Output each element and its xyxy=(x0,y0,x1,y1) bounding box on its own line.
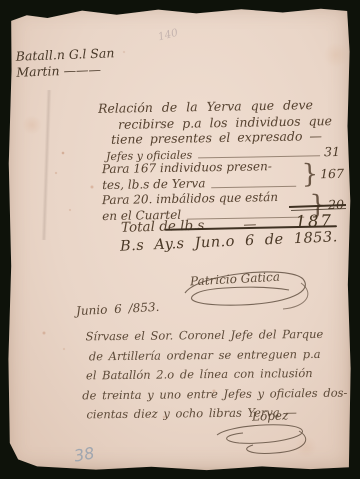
paper-crease xyxy=(41,90,51,240)
manuscript-paper-sheet: Batall.n G.l San Martin ——— 140 Relación… xyxy=(6,5,352,471)
ledger-row-jefes-amount: 31 xyxy=(324,144,340,159)
note-line2: de Artillería ordenar se entreguen p.a xyxy=(89,344,347,366)
note-line1: Sírvase el Sor. Coronel Jefe del Parque xyxy=(85,325,346,347)
ledger-individuos-line2: tes, lb.s de Yerva xyxy=(102,176,206,193)
total-amount: 187 xyxy=(295,211,333,231)
battalion-header: Batall.n G.l San Martin ——— xyxy=(15,45,115,80)
note-dateline: Junio 6 /853. xyxy=(76,300,160,318)
archive-pencil-number: 38 xyxy=(73,443,96,465)
header-line2: Martin ——— xyxy=(16,61,115,80)
total-dash: — xyxy=(243,217,256,232)
ledger-brace: } xyxy=(301,159,318,189)
order-note-paragraph: Sírvase el Sor. Coronel Jefe del Parque … xyxy=(85,325,347,425)
total-label: Total de lb.s xyxy=(121,218,205,236)
ink-rule-filler xyxy=(211,185,295,188)
signature-lopez-flourish xyxy=(209,417,319,459)
note-line3: el Batallón 2.o de línea con inclusión xyxy=(86,364,347,386)
faint-pencil-number: 140 xyxy=(157,27,179,43)
note-line4: de treinta y uno entre Jefes y oficiales… xyxy=(82,383,347,405)
ledger-individuos-amount: 167 xyxy=(320,166,344,181)
scanned-document-photo: Batall.n G.l San Martin ——— 140 Relación… xyxy=(0,0,360,479)
ledger-group-individuos: Para 167 individuos presen- tes, lb.s de… xyxy=(102,158,345,193)
